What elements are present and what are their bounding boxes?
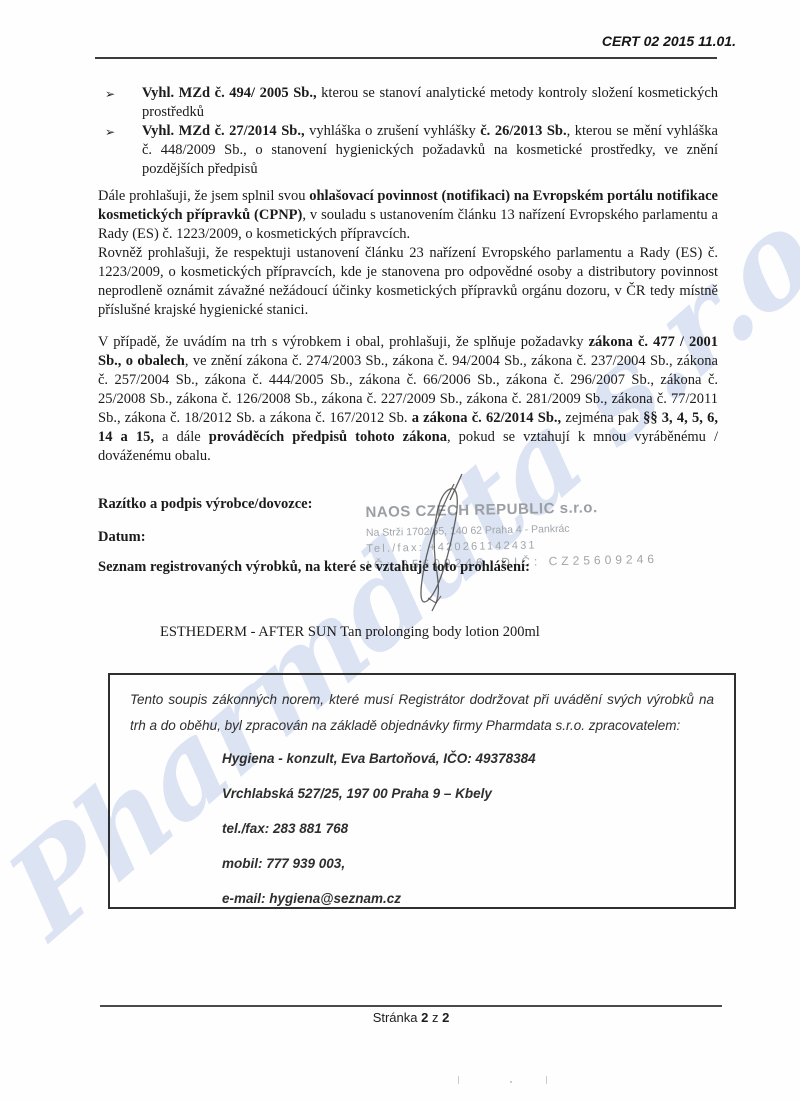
bullet-item-vyhl-27: ➢Vyhl. MZd č. 27/2014 Sb., vyhláška o zr… (98, 122, 718, 179)
arrow-bullet-icon: ➢ (105, 85, 115, 104)
doc-code: CERT 02 2015 11.01. (602, 33, 736, 49)
legal-bullet-list: ➢Vyhl. MZd č. 494/ 2005 Sb., kterou se s… (98, 84, 718, 179)
info-box: Tento soupis zákonných norem, které musí… (108, 673, 736, 909)
document-page: Pharmdata s.r.o. CERT 02 2015 11.01. ➢Vy… (0, 0, 800, 1100)
arrow-bullet-icon: ➢ (105, 123, 115, 142)
label-stamp-signature: Razítko a podpis výrobce/dovozce: (98, 495, 718, 514)
paragraph-article-23: Rovněž prohlašuji, že respektuji ustanov… (98, 244, 718, 320)
info-line-email: e-mail: hygiena@seznam.cz (130, 890, 714, 908)
paragraph-packaging-law: V případě, že uvádím na trh s výrobkem i… (98, 333, 718, 466)
info-line-telfax: tel./fax: 283 881 768 (130, 820, 714, 838)
info-line-contact-person: Hygiena - konzult, Eva Bartoňová, IČO: 4… (130, 750, 714, 768)
product-name: ESTHEDERM - AFTER SUN Tan prolonging bod… (160, 623, 718, 642)
scan-artifact (458, 1076, 459, 1084)
info-box-intro: Tento soupis zákonných norem, které musí… (130, 687, 714, 739)
bullet-text: Vyhl. MZd č. 494/ 2005 Sb., kterou se st… (142, 85, 718, 120)
paragraph-cpnp-notification: Dále prohlašuji, že jsem splnil svou ohl… (98, 187, 718, 244)
info-line-mobile: mobil: 777 939 003, (130, 855, 714, 873)
scan-artifact (510, 1081, 512, 1083)
bullet-item-vyhl-494: ➢Vyhl. MZd č. 494/ 2005 Sb., kterou se s… (98, 84, 718, 122)
info-line-address: Vrchlabská 527/25, 197 00 Praha 9 – Kbel… (130, 785, 714, 803)
main-text-column: ➢Vyhl. MZd č. 494/ 2005 Sb., kterou se s… (98, 84, 718, 642)
header-rule (95, 57, 717, 59)
footer-rule (100, 1005, 722, 1007)
scan-artifact (546, 1076, 547, 1084)
label-date: Datum: (98, 528, 718, 547)
label-product-list: Seznam registrovaných výrobků, na které … (98, 558, 718, 577)
bullet-text: Vyhl. MZd č. 27/2014 Sb., vyhláška o zru… (142, 123, 718, 177)
page-number: Stránka 2 z 2 (100, 1010, 722, 1025)
